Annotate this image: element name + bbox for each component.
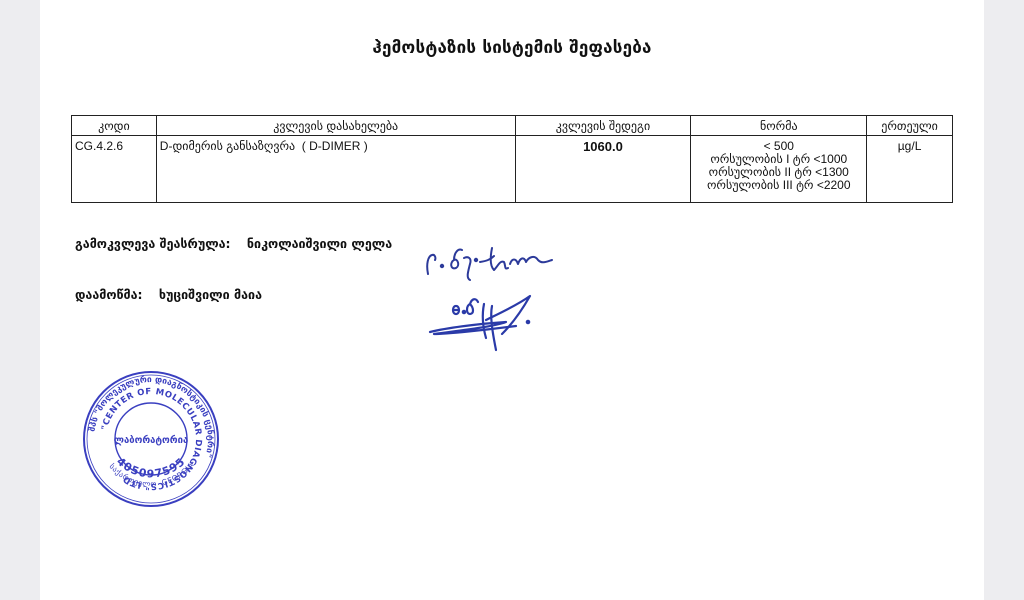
cell-code: CG.4.2.6 [72, 136, 157, 203]
results-table: კოდი კვლევის დასახელება კვლევის შედეგი ნ… [71, 115, 953, 203]
signature-verifier-icon [426, 290, 546, 364]
document-page: ჰემოსტაზის სისტემის შეფასება კოდი კვლევი… [40, 0, 984, 600]
cell-test-name: D-დიმერის განსაზღვრა ( D-DIMER ) [156, 136, 515, 203]
header-test-name: კვლევის დასახელება [156, 116, 515, 136]
performed-by-name: ნიკოლაიშვილი ლელა [247, 236, 392, 251]
cell-unit: µg/L [867, 136, 953, 203]
cell-result: 1060.0 [515, 136, 691, 203]
document-title: ჰემოსტაზის სისტემის შეფასება [40, 38, 984, 58]
result-value: 1060.0 [583, 139, 623, 154]
signature-performer-icon [420, 238, 560, 287]
cell-norm: < 500 ორსულობის I ტრ <1000 ორსულობის II … [691, 136, 867, 203]
performed-by-row: გამოკვლევა შეასრულა: ნიკოლაიშვილი ლელა [75, 236, 392, 251]
laboratory-stamp-icon: შპს "მოლეკულური დიაგნოსტიკის ცენტრი" "CE… [81, 369, 221, 513]
performed-by-label: გამოკვლევა შეასრულა: [75, 236, 231, 251]
header-result: კვლევის შედეგი [515, 116, 691, 136]
verified-by-name: ხუციშვილი მაია [159, 287, 262, 302]
table-header-row: კოდი კვლევის დასახელება კვლევის შედეგი ნ… [72, 116, 953, 136]
table-row: CG.4.2.6 D-დიმერის განსაზღვრა ( D-DIMER … [72, 136, 953, 203]
header-unit: ერთეული [867, 116, 953, 136]
verified-by-row: დაამოწმა: ხუციშვილი მაია [75, 287, 262, 302]
stamp-center-text: ლაბორატორია [114, 435, 188, 446]
header-code: კოდი [72, 116, 157, 136]
verified-by-label: დაამოწმა: [75, 287, 143, 302]
header-norm: ნორმა [691, 116, 867, 136]
norm-line: ორსულობის III ტრ <2200 [694, 179, 863, 192]
